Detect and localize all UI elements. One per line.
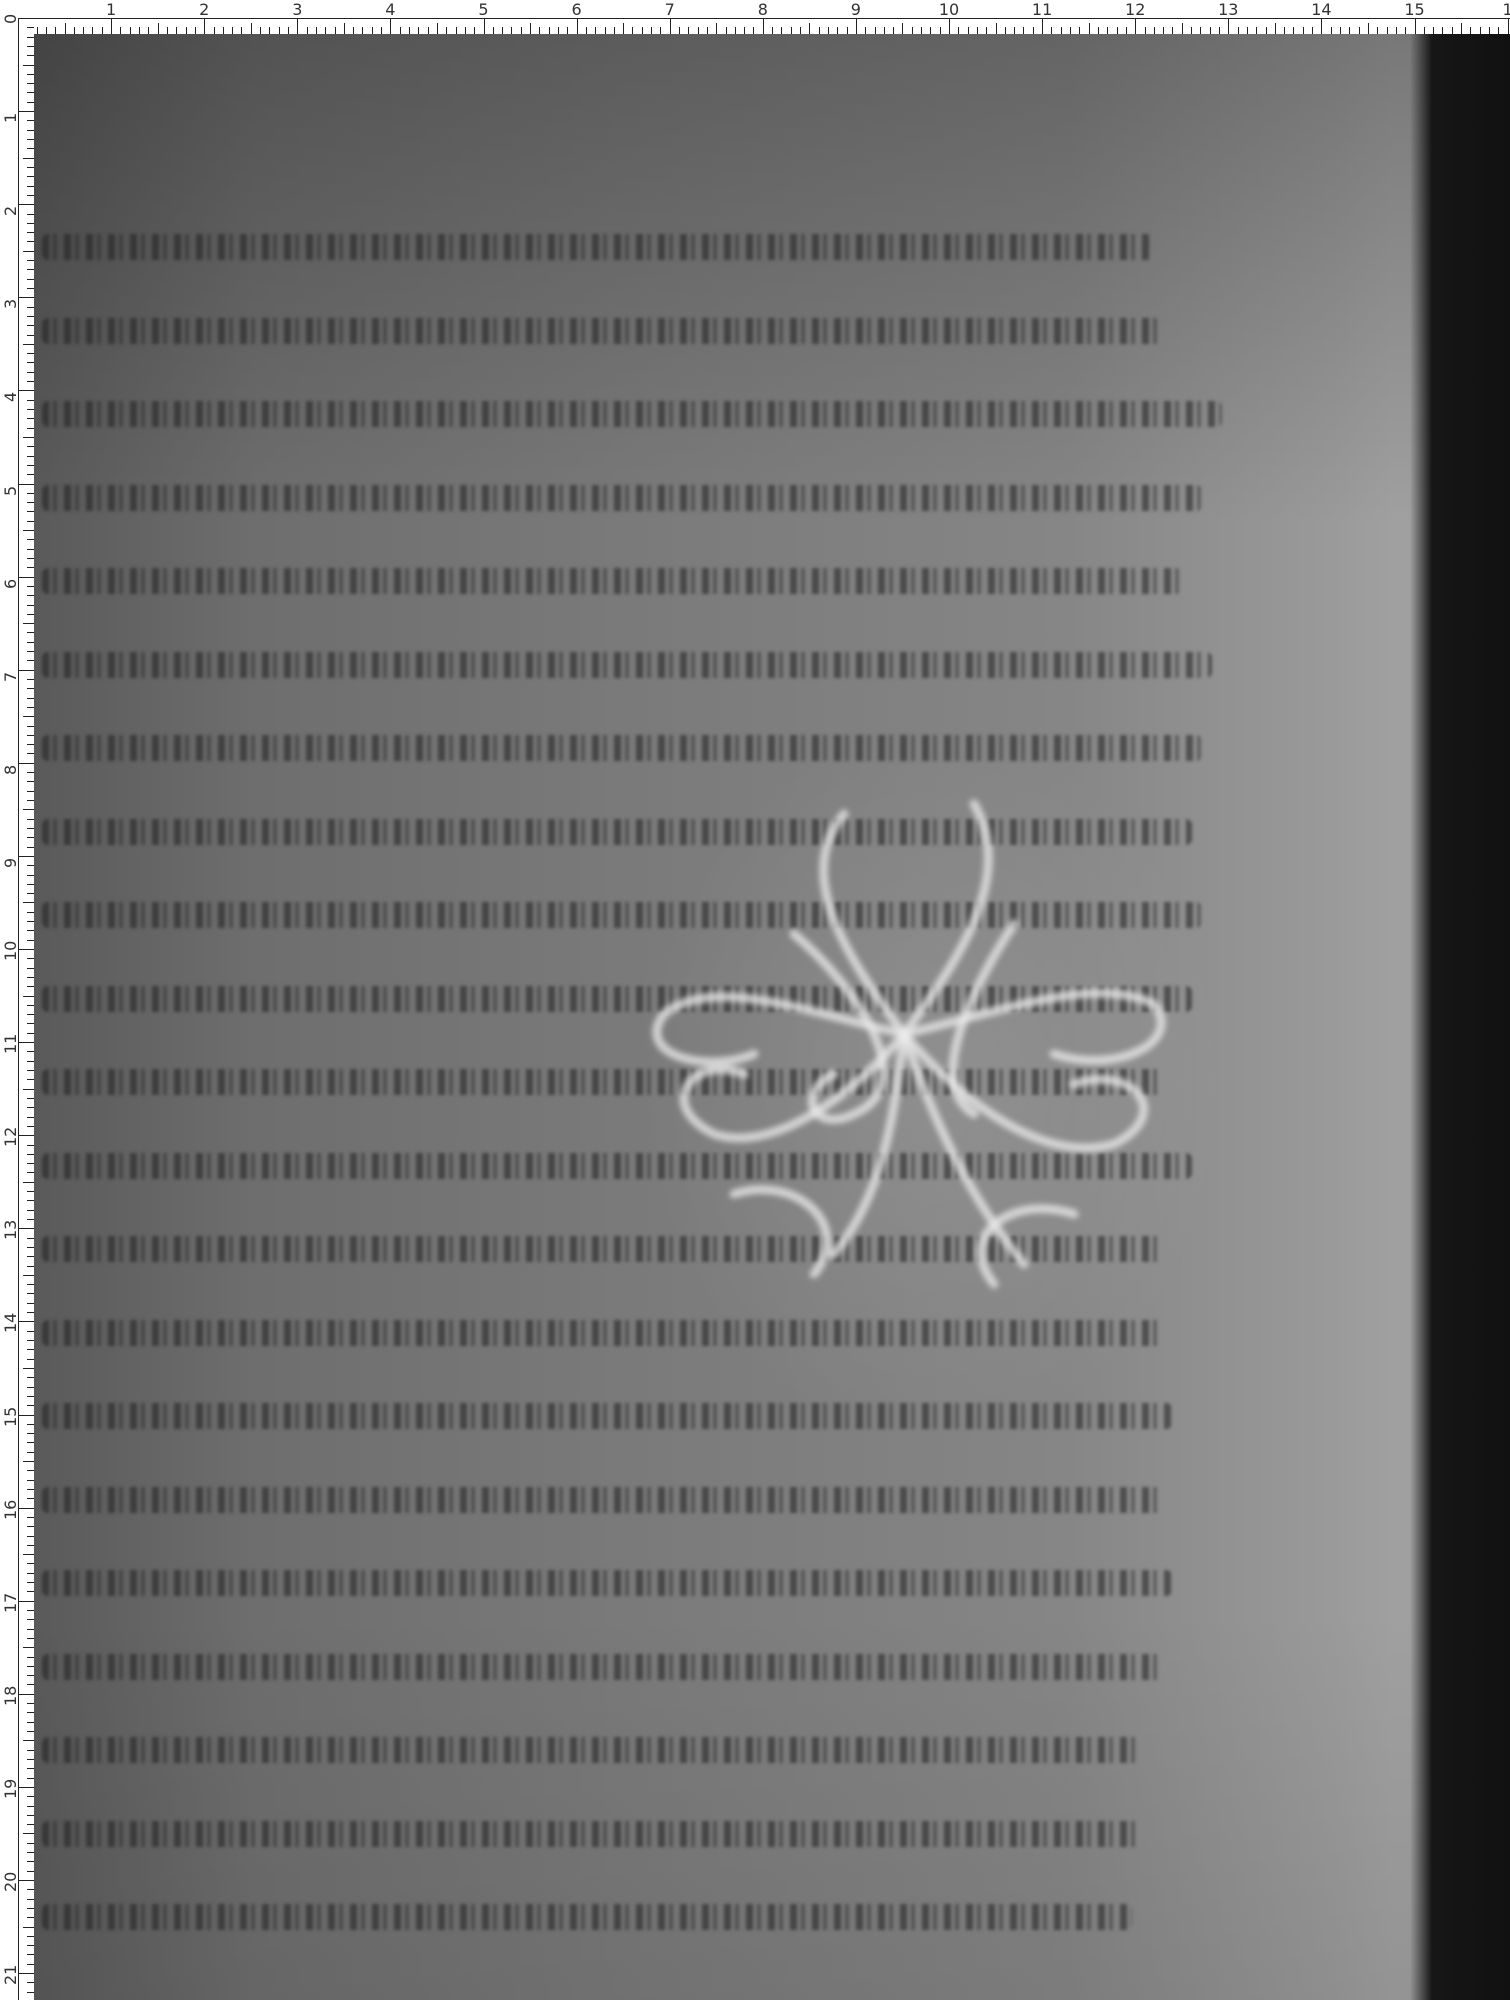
left-ruler-tick (27, 381, 34, 382)
top-ruler-tick (837, 27, 838, 34)
left-ruler-tick (27, 884, 34, 885)
top-ruler-tick (1154, 27, 1155, 34)
left-ruler-tick (27, 1480, 34, 1481)
left-ruler-tick (27, 92, 34, 93)
left-ruler-tick (27, 428, 34, 429)
left-ruler-tick (27, 214, 34, 215)
top-ruler-tick (428, 27, 429, 34)
top-ruler-tick (1405, 27, 1406, 34)
top-ruler-tick (893, 27, 894, 34)
left-ruler-tick (27, 1107, 34, 1108)
top-ruler-tick (465, 27, 466, 34)
left-ruler-tick (27, 1126, 34, 1127)
left-ruler-tick (27, 362, 34, 363)
top-ruler-tick (753, 27, 754, 34)
left-ruler-tick (27, 893, 34, 894)
left-ruler-tick (27, 521, 34, 522)
left-ruler-tick (27, 139, 34, 140)
left-ruler-label: 4 (1, 392, 20, 402)
left-ruler-tick (27, 1768, 34, 1769)
left-ruler-tick (27, 772, 34, 773)
left-ruler-tick (27, 549, 34, 550)
left-ruler-label: 11 (1, 1034, 20, 1054)
handwritten-line (42, 1487, 1162, 1513)
top-ruler-tick (1219, 27, 1220, 34)
top-ruler-tick (120, 27, 121, 34)
left-ruler-tick (27, 1629, 34, 1630)
top-ruler-tick (1014, 27, 1015, 34)
left-ruler-tick (23, 65, 34, 66)
top-ruler-tick (232, 27, 233, 34)
top-ruler-tick (707, 27, 708, 34)
top-ruler-tick (1033, 27, 1034, 34)
left-ruler-tick (27, 781, 34, 782)
left-ruler-tick (27, 1051, 34, 1052)
handwritten-line (42, 652, 1212, 678)
top-ruler-label: 5 (478, 0, 488, 19)
top-ruler-tick (409, 27, 410, 34)
left-ruler-label: 8 (1, 765, 20, 775)
left-ruler-tick (18, 297, 34, 298)
top-ruler-tick (1415, 18, 1416, 34)
left-ruler-tick (27, 1666, 34, 1667)
manuscript-scan (34, 34, 1510, 2000)
left-ruler-tick (27, 27, 34, 28)
top-ruler-tick (1061, 27, 1062, 34)
handwritten-line (42, 1320, 1162, 1346)
left-ruler-tick (23, 344, 34, 345)
top-ruler-tick (74, 27, 75, 34)
top-ruler-tick (37, 27, 38, 34)
left-ruler-tick (27, 241, 34, 242)
top-ruler-tick (1284, 27, 1285, 34)
top-ruler-tick (260, 27, 261, 34)
left-ruler-tick (27, 474, 34, 475)
left-ruler-tick (18, 577, 34, 578)
left-ruler-tick (27, 1861, 34, 1862)
left-ruler-tick (27, 1470, 34, 1471)
left-ruler-tick (27, 446, 34, 447)
left-ruler-tick (27, 83, 34, 84)
left-ruler-tick (27, 1759, 34, 1760)
left-ruler-label: 9 (1, 858, 20, 868)
left-ruler-tick (27, 1536, 34, 1537)
left-ruler-tick (27, 1954, 34, 1955)
left-ruler-tick (23, 809, 34, 810)
left-ruler-tick (27, 493, 34, 494)
top-ruler-tick (688, 27, 689, 34)
left-ruler-tick (18, 763, 34, 764)
top-ruler-tick (65, 23, 66, 34)
top-ruler-tick (1005, 27, 1006, 34)
left-ruler-tick (27, 1266, 34, 1267)
top-ruler-tick (1247, 27, 1248, 34)
top-ruler-tick (437, 23, 438, 34)
top-ruler-label: 1 (106, 0, 116, 19)
left-ruler-label: 16 (1, 1499, 20, 1519)
left-ruler-tick (27, 335, 34, 336)
top-ruler-tick (660, 27, 661, 34)
left-ruler-tick (27, 1349, 34, 1350)
left-ruler-tick (27, 1563, 34, 1564)
left-ruler-tick (27, 1442, 34, 1443)
left-ruler-tick (27, 167, 34, 168)
left-ruler-tick (27, 865, 34, 866)
left-ruler-label: 7 (1, 672, 20, 682)
left-ruler-tick (27, 1210, 34, 1211)
left-ruler-tick (27, 707, 34, 708)
left-ruler-tick (27, 875, 34, 876)
left-ruler-label: 17 (1, 1592, 20, 1612)
top-ruler-tick (1340, 27, 1341, 34)
left-ruler-tick (27, 1964, 34, 1965)
top-ruler-label: 6 (572, 0, 582, 19)
top-ruler-tick (83, 27, 84, 34)
watermark-ornament (594, 754, 1214, 1314)
top-ruler-tick (493, 27, 494, 34)
left-ruler-tick (23, 996, 34, 997)
left-ruler-tick (27, 735, 34, 736)
left-ruler-tick (18, 1973, 34, 1974)
top-ruler-tick (92, 27, 93, 34)
left-ruler-tick (27, 1852, 34, 1853)
top-ruler-tick (1368, 23, 1369, 34)
left-ruler-tick (27, 55, 34, 56)
top-ruler-tick (307, 27, 308, 34)
top-ruler-tick (651, 27, 652, 34)
handwritten-line (42, 1570, 1172, 1596)
top-ruler-tick (288, 27, 289, 34)
top-ruler-tick (1163, 27, 1164, 34)
top-ruler-tick (614, 27, 615, 34)
left-ruler-tick (27, 558, 34, 559)
top-ruler-tick (679, 27, 680, 34)
left-ruler-tick (23, 251, 34, 252)
left-ruler-tick (23, 1554, 34, 1555)
left-ruler-tick (27, 372, 34, 373)
left-ruler-tick (27, 1871, 34, 1872)
top-ruler-tick (1228, 18, 1229, 34)
top-ruler-label: 7 (665, 0, 675, 19)
top-ruler-tick (726, 27, 727, 34)
left-ruler-tick (27, 1452, 34, 1453)
left-ruler-tick (27, 130, 34, 131)
top-ruler-tick (1182, 23, 1183, 34)
left-ruler-tick (27, 1796, 34, 1797)
left-ruler-tick (27, 232, 34, 233)
top-ruler-tick (1452, 27, 1453, 34)
top-ruler-label: 8 (758, 0, 768, 19)
left-ruler-tick (18, 18, 34, 19)
top-ruler-tick (1489, 27, 1490, 34)
top-ruler-tick (1349, 27, 1350, 34)
left-ruler-tick (18, 1415, 34, 1416)
top-ruler-tick (539, 27, 540, 34)
top-ruler-tick (1293, 27, 1294, 34)
top-ruler-tick (865, 27, 866, 34)
top-ruler-tick (241, 27, 242, 34)
handwritten-line (42, 318, 1162, 344)
left-ruler-tick (27, 1675, 34, 1676)
top-ruler-tick (223, 27, 224, 34)
top-ruler-tick (55, 27, 56, 34)
left-ruler-tick (27, 1070, 34, 1071)
left-ruler-tick (27, 586, 34, 587)
top-ruler-tick (130, 27, 131, 34)
top-ruler-tick (251, 23, 252, 34)
left-ruler-tick (27, 1591, 34, 1592)
left-ruler-tick (18, 1601, 34, 1602)
left-ruler-label: 20 (1, 1872, 20, 1892)
left-ruler-tick (27, 1293, 34, 1294)
top-ruler-tick (791, 27, 792, 34)
top-ruler-tick (1210, 27, 1211, 34)
left-ruler-tick (27, 1023, 34, 1024)
left-ruler-tick (23, 1275, 34, 1276)
left-ruler-tick (27, 940, 34, 941)
left-ruler-tick (27, 1033, 34, 1034)
top-ruler-tick (856, 18, 857, 34)
left-ruler-tick (27, 316, 34, 317)
left-ruler-label: 2 (1, 206, 20, 216)
left-ruler-tick (27, 418, 34, 419)
top-ruler-tick (1051, 27, 1052, 34)
top-ruler-tick (214, 27, 215, 34)
left-ruler-tick (27, 46, 34, 47)
left-ruler-tick (18, 1042, 34, 1043)
left-ruler-tick (27, 465, 34, 466)
top-ruler-tick (772, 27, 773, 34)
top-ruler-tick (362, 27, 363, 34)
top-ruler-tick (605, 27, 606, 34)
left-ruler-tick (27, 828, 34, 829)
handwritten-line (42, 485, 1202, 511)
left-ruler-tick (27, 1163, 34, 1164)
left-ruler-tick (27, 791, 34, 792)
left-ruler-tick (27, 307, 34, 308)
left-ruler-tick (27, 1843, 34, 1844)
top-ruler-tick (1191, 27, 1192, 34)
left-ruler-tick (27, 1098, 34, 1099)
top-ruler-tick (148, 27, 149, 34)
left-ruler-tick (27, 1750, 34, 1751)
left-ruler: 0123456789101112131415161718192021 (0, 0, 34, 2000)
top-ruler-tick (847, 27, 848, 34)
left-ruler-tick (27, 605, 34, 606)
top-ruler-label: 2 (199, 0, 209, 19)
top-ruler-tick (1331, 27, 1332, 34)
left-ruler-label: 1 (1, 113, 20, 123)
top-ruler-tick (297, 18, 298, 34)
top-ruler-tick (912, 27, 913, 34)
top-ruler-tick (1312, 27, 1313, 34)
left-ruler-tick (27, 698, 34, 699)
top-ruler-label: 12 (1125, 0, 1145, 19)
top-ruler-tick (111, 18, 112, 34)
left-ruler-tick (18, 670, 34, 671)
top-ruler-tick (921, 27, 922, 34)
top-ruler-tick (372, 27, 373, 34)
left-ruler-tick (27, 968, 34, 969)
top-ruler-tick (744, 27, 745, 34)
top-ruler-tick (977, 27, 978, 34)
top-ruler-tick (1266, 27, 1267, 34)
left-ruler-tick (27, 539, 34, 540)
top-ruler-label: 4 (385, 0, 395, 19)
top-ruler-tick (949, 18, 950, 34)
top-ruler-tick (735, 27, 736, 34)
left-ruler-tick (23, 1647, 34, 1648)
left-ruler-tick (27, 1712, 34, 1713)
top-ruler-tick (781, 27, 782, 34)
left-ruler-tick (27, 1154, 34, 1155)
left-ruler-tick (27, 279, 34, 280)
top-ruler-tick (958, 27, 959, 34)
top-ruler-tick (316, 27, 317, 34)
top-ruler-tick (102, 27, 103, 34)
top-ruler-tick (335, 27, 336, 34)
left-ruler-tick (18, 111, 34, 112)
left-ruler-tick (27, 502, 34, 503)
left-ruler-tick (18, 1508, 34, 1509)
left-ruler-tick (27, 1238, 34, 1239)
top-ruler-tick (456, 27, 457, 34)
top-ruler-tick (902, 23, 903, 34)
left-ruler-tick (27, 223, 34, 224)
top-ruler-tick (269, 27, 270, 34)
left-ruler-tick (27, 1256, 34, 1257)
top-ruler-tick (884, 27, 885, 34)
top-ruler-tick (595, 27, 596, 34)
handwritten-line (42, 1821, 1142, 1847)
top-ruler-label: 10 (939, 0, 959, 19)
handwritten-line (42, 568, 1182, 594)
top-ruler-tick (353, 27, 354, 34)
top-ruler-tick (521, 27, 522, 34)
left-ruler-tick (27, 1377, 34, 1378)
top-ruler-tick (716, 23, 717, 34)
top-ruler-tick (1200, 27, 1201, 34)
left-ruler-tick (27, 1684, 34, 1685)
top-ruler-tick (930, 27, 931, 34)
top-ruler-tick (530, 23, 531, 34)
left-ruler-tick (27, 958, 34, 959)
top-ruler-tick (1256, 27, 1257, 34)
left-ruler-tick (27, 660, 34, 661)
top-ruler-tick (809, 23, 810, 34)
left-ruler-tick (18, 856, 34, 857)
left-ruler-tick (27, 1247, 34, 1248)
left-ruler-tick (18, 390, 34, 391)
left-ruler-tick (27, 800, 34, 801)
top-ruler-label: 14 (1311, 0, 1331, 19)
left-ruler-tick (18, 204, 34, 205)
left-ruler-tick (27, 1433, 34, 1434)
top-ruler-tick (1145, 27, 1146, 34)
top-ruler-tick (875, 27, 876, 34)
handwritten-line (42, 1403, 1172, 1429)
left-ruler-tick (27, 1573, 34, 1574)
top-ruler-tick (577, 18, 578, 34)
left-ruler-tick (27, 102, 34, 103)
left-ruler-tick (27, 1340, 34, 1341)
left-ruler-tick (27, 986, 34, 987)
left-ruler-tick (27, 921, 34, 922)
dark-right-edge (1410, 34, 1510, 2000)
left-ruler-tick (27, 176, 34, 177)
top-ruler-tick (1098, 27, 1099, 34)
top-ruler-tick (623, 23, 624, 34)
top-ruler-tick (344, 23, 345, 34)
top-ruler-tick (549, 27, 550, 34)
top-ruler-tick (46, 27, 47, 34)
top-ruler-tick (381, 27, 382, 34)
top-ruler-tick (1377, 27, 1378, 34)
left-ruler-tick (27, 1191, 34, 1192)
top-ruler-label: 3 (292, 0, 302, 19)
left-ruler-tick (27, 1945, 34, 1946)
left-ruler-tick (23, 716, 34, 717)
left-ruler-tick (27, 1061, 34, 1062)
left-ruler-label: 10 (1, 941, 20, 961)
left-ruler-tick (23, 530, 34, 531)
top-ruler-tick (567, 27, 568, 34)
top-ruler-tick (279, 27, 280, 34)
top-ruler-label: 9 (851, 0, 861, 19)
left-ruler-tick (27, 912, 34, 913)
left-ruler-tick (27, 1172, 34, 1173)
top-ruler-tick (1117, 27, 1118, 34)
top-ruler-tick (698, 27, 699, 34)
top-ruler-tick (1433, 27, 1434, 34)
left-ruler-tick (27, 288, 34, 289)
left-ruler-tick (27, 651, 34, 652)
left-ruler-tick (27, 642, 34, 643)
left-ruler-label: 18 (1, 1685, 20, 1705)
left-ruler-tick (27, 1014, 34, 1015)
left-ruler-tick (18, 1135, 34, 1136)
left-ruler-tick (27, 195, 34, 196)
top-ruler-tick (1042, 18, 1043, 34)
left-ruler-tick (23, 623, 34, 624)
top-ruler-tick (1089, 23, 1090, 34)
top-ruler-tick (1079, 27, 1080, 34)
left-ruler-tick (23, 1740, 34, 1741)
left-ruler-tick (27, 977, 34, 978)
top-ruler-tick (632, 27, 633, 34)
left-ruler-tick (27, 1200, 34, 1201)
left-ruler-tick (27, 679, 34, 680)
handwritten-line (42, 401, 1222, 427)
left-ruler-tick (27, 837, 34, 838)
handwritten-line (42, 1904, 1132, 1930)
top-ruler-tick (763, 18, 764, 34)
left-ruler-tick (27, 1405, 34, 1406)
left-ruler-tick (27, 1982, 34, 1983)
left-ruler-tick (27, 1284, 34, 1285)
left-ruler-tick (27, 930, 34, 931)
top-ruler-label: 13 (1218, 0, 1238, 19)
top-ruler-tick (446, 27, 447, 34)
left-ruler-tick (27, 511, 34, 512)
top-ruler-tick (325, 27, 326, 34)
top-ruler-tick (186, 27, 187, 34)
left-ruler-tick (27, 269, 34, 270)
top-ruler-tick (418, 27, 419, 34)
top-ruler-tick (139, 27, 140, 34)
top-ruler-label: 1 (1503, 0, 1510, 19)
left-ruler-tick (27, 1396, 34, 1397)
